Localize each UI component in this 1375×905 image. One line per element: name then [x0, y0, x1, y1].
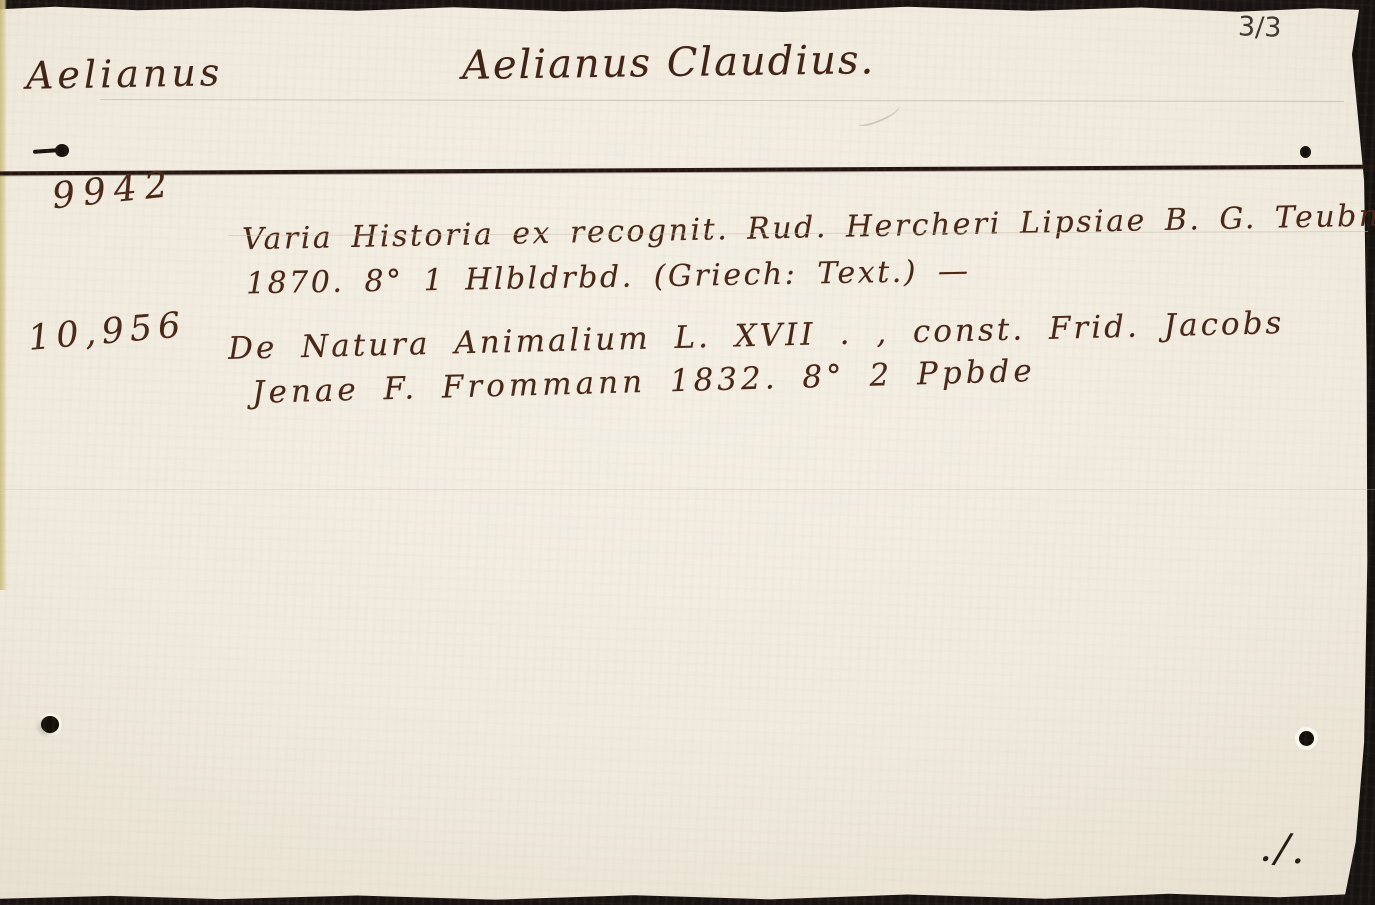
scan-edge-right — [1343, 0, 1375, 905]
stray-pencil-mark — [855, 99, 904, 128]
punch-hole-right — [1299, 731, 1314, 746]
right-pin-dot — [1300, 146, 1311, 158]
scan-edge-bottom — [0, 891, 1375, 905]
separator-rule — [0, 165, 1375, 176]
completion-mark: ./. — [1258, 824, 1309, 873]
entry-1-line-1: Varia Historia ex recognit. Rud. Hercher… — [242, 198, 1375, 258]
middle-ruled-line — [0, 489, 1375, 490]
punch-hole-left — [41, 716, 59, 733]
catalog-card-scan: 3/3 Aelianus Aelianus Claudius. 9942 Var… — [0, 0, 1375, 905]
entry-1-line-2: 1870. 8° 1 Hlbldrbd. (Griech: Text.) — — [246, 254, 971, 302]
page-number-note: 3/3 — [1237, 11, 1282, 43]
scan-edge-top — [0, 0, 1375, 15]
card-left-edge — [0, 0, 7, 590]
entry-2-line-1: De Natura Animalium L. XVII . , const. F… — [228, 305, 1285, 367]
entry-2-shelfmark: 10,956 — [27, 305, 188, 359]
left-pin-dot — [55, 144, 69, 157]
guide-word: Aelianus — [26, 50, 224, 97]
header-ruled-line — [100, 99, 1344, 102]
card-heading: Aelianus Claudius. — [462, 37, 876, 89]
